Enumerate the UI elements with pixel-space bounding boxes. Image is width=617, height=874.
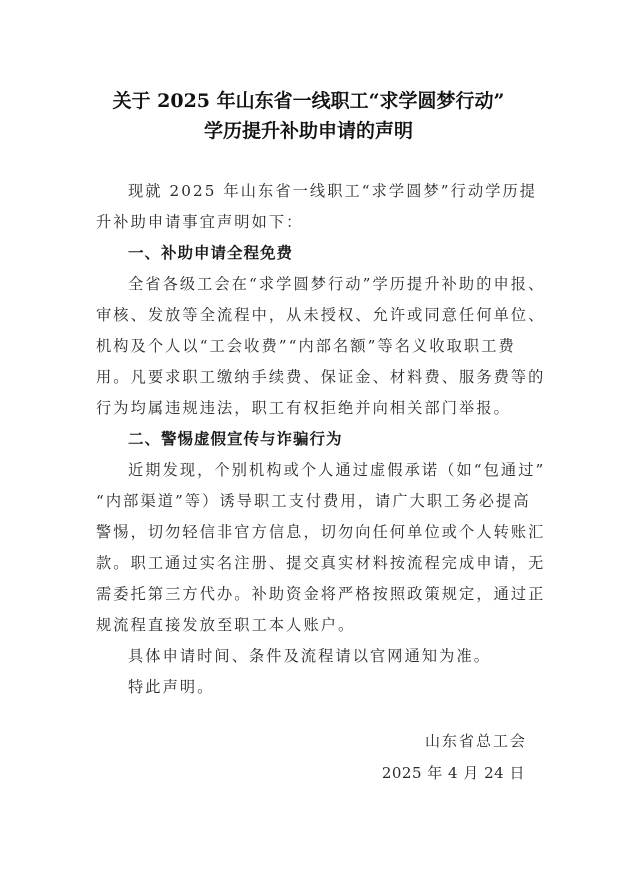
- document-title-line-1: 关于 2025 年山东省一线职工“求学圆梦行动”: [0, 86, 617, 113]
- section-2-heading: 二、警惕虚假宣传与诈骗行为: [96, 424, 528, 455]
- section-2-line: 近期发现，个别机构或个人通过虚假承诺（如“包通过”: [96, 455, 528, 486]
- section-1-heading: 一、补助申请全程免费: [96, 238, 528, 269]
- section-1-line: 用。凡要求职工缴纳手续费、保证金、材料费、服务费等的: [96, 362, 528, 393]
- intro-line: 现就 2025 年山东省一线职工“求学圆梦”行动学历提: [96, 176, 528, 207]
- section-1-line: 全省各级工会在“求学圆梦行动”学历提升补助的申报、: [96, 269, 528, 300]
- section-2-line: 需委托第三方代办。补助资金将严格按照政策规定，通过正: [96, 579, 528, 610]
- closing-line: 具体申请时间、条件及流程请以官网通知为准。: [96, 641, 528, 672]
- intro-line: 升补助申请事宜声明如下：: [96, 207, 528, 238]
- closing-line: 特此声明。: [96, 672, 528, 703]
- signature-date: 2025 年 4 月 24 日: [382, 762, 525, 783]
- section-2-line: 规流程直接发放至职工本人账户。: [96, 610, 528, 641]
- section-1-line: 行为均属违规违法，职工有权拒绝并向相关部门举报。: [96, 393, 528, 424]
- section-2-line: 警惕，切勿轻信非官方信息，切勿向任何单位或个人转账汇: [96, 517, 528, 548]
- section-1-line: 审核、发放等全流程中，从未授权、允许或同意任何单位、: [96, 300, 528, 331]
- document-page: 关于 2025 年山东省一线职工“求学圆梦行动” 学历提升补助申请的声明 现就 …: [0, 0, 617, 874]
- signature-organization: 山东省总工会: [425, 730, 527, 751]
- document-body: 现就 2025 年山东省一线职工“求学圆梦”行动学历提 升补助申请事宜声明如下：…: [96, 176, 528, 703]
- section-2-line: “内部渠道”等）诱导职工支付费用，请广大职工务必提高: [96, 486, 528, 517]
- section-2-line: 款。职工通过实名注册、提交真实材料按流程完成申请，无: [96, 548, 528, 579]
- section-1-line: 机构及个人以“工会收费”“内部名额”等名义收取职工费: [96, 331, 528, 362]
- document-title-line-2: 学历提升补助申请的声明: [0, 116, 617, 143]
